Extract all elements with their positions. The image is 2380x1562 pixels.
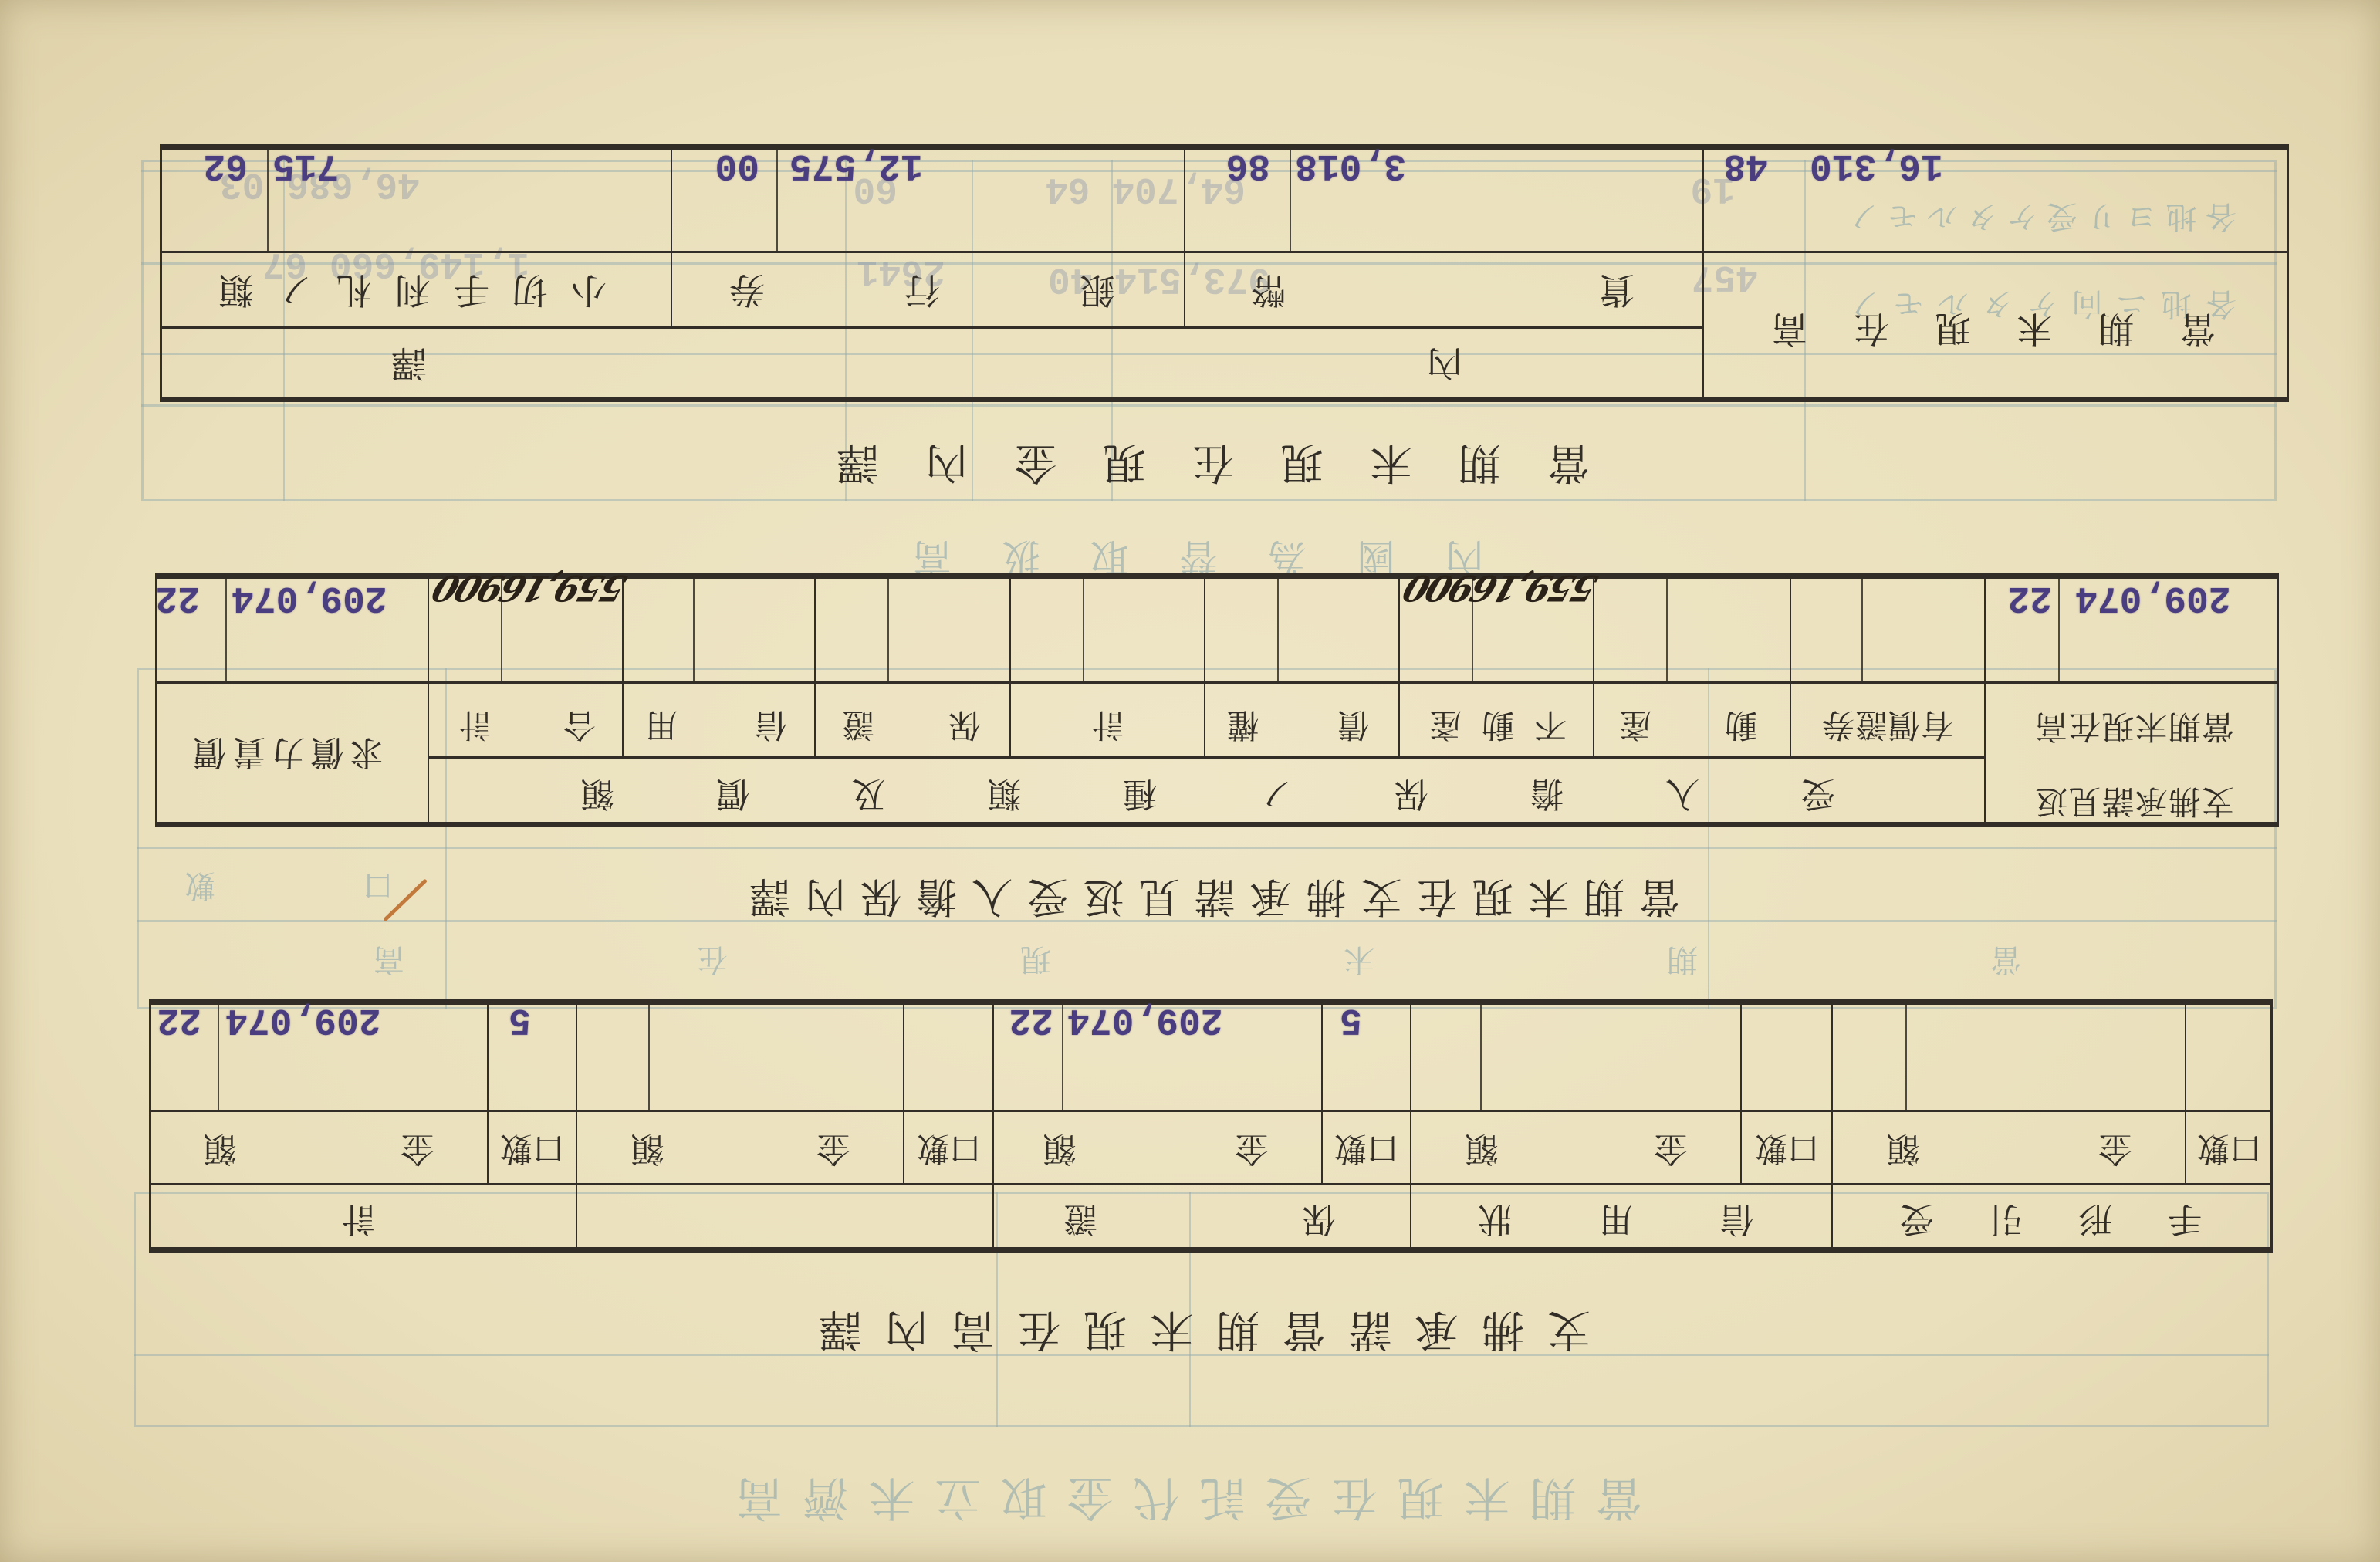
column-label-credit: 信用 [645, 708, 787, 741]
table-border-right [160, 144, 162, 402]
column-label-securities: 有價證券 [1822, 708, 1953, 741]
column-rule [1398, 573, 1400, 758]
row-rule [149, 1110, 2273, 1112]
column-label-banknotes: 銀行券 [729, 272, 1115, 308]
total-count: 5 [509, 1001, 552, 1038]
total-amount-sen: 22 [157, 1001, 201, 1038]
amount-header: 金額 [630, 1131, 850, 1165]
pencil-mark [383, 878, 428, 921]
row-rule [160, 251, 2289, 253]
column-rule [622, 573, 624, 758]
count-amount-rule [1321, 999, 1323, 1185]
recourse-value-yen: 209,074 [232, 579, 411, 616]
column-label-grand-total: 合計 [458, 708, 596, 741]
sen-rule [2058, 573, 2060, 683]
column-label-subtotal: 計 [1091, 708, 1124, 741]
column-rule [671, 144, 672, 328]
collateral-title: 當期末現在支拂承諾見返受入擔保內譯 [749, 876, 1680, 917]
sen-rule [225, 573, 227, 683]
sen-rule [693, 573, 695, 683]
row-rule [160, 326, 1703, 329]
period-end-balance-label: 當期末現在高 [2035, 710, 2234, 742]
sen-rule [887, 573, 889, 683]
amount-header: 金額 [1043, 1131, 1269, 1165]
column-rule [1593, 573, 1594, 758]
row-rule [428, 756, 1985, 759]
group-label-letter-of-credit: 信用狀 [1478, 1202, 1754, 1236]
sen-rule [1277, 573, 1279, 683]
count-header: 口數 [917, 1132, 982, 1165]
sen-rule [1666, 573, 1668, 683]
recourse-value-sen: 22 [155, 579, 200, 616]
column-rule [428, 573, 429, 827]
table-border-left [2287, 144, 2289, 402]
acceptances-title: 支拂承諾當期末現在高內譯 [819, 1307, 1591, 1351]
column-rule [1790, 573, 1791, 758]
column-label-guarantee: 保證 [842, 708, 981, 741]
column-rule [814, 573, 816, 758]
period-end-balance-label: 當期末現在高 [1772, 311, 2216, 347]
group-label-bill-acceptance: 手形引受 [1900, 1202, 2202, 1236]
banknotes-yen: 12,575 [789, 147, 977, 184]
group-rule [1410, 999, 1411, 1253]
table-border-right [149, 999, 151, 1253]
sen-rule [267, 144, 269, 252]
handwritten-grand-total-value: 559,16900 [430, 570, 630, 606]
group-label-guarantee: 保證 [1063, 1202, 1336, 1236]
count-header: 口數 [500, 1132, 565, 1165]
amount-header: 金額 [203, 1131, 434, 1165]
coins-sen: 86 [1225, 147, 1270, 184]
column-label-cheques-coupons: 小切手利札ノ類 [218, 272, 607, 308]
amount-header: 金額 [1886, 1131, 2132, 1165]
printed-form-layer: 支拂承諾當期末現在高內譯 手形引受 信用狀 保證 [0, 0, 2380, 1562]
sen-rule [776, 144, 778, 252]
sen-rule [1083, 573, 1084, 683]
balance-yen: 16,310 [1810, 147, 1980, 184]
group-label-total: 計 [341, 1202, 375, 1236]
row-rule [149, 1183, 2273, 1185]
balance-yen: 209,074 [2075, 579, 2248, 616]
guarantee-amount-sen: 22 [1009, 1001, 1053, 1038]
column-label-claims: 債權 [1227, 708, 1370, 741]
cheques-coupons-sen: 62 [203, 147, 248, 184]
group-rule [992, 999, 994, 1253]
cash-title: 當期末現在現金內譯 [837, 441, 1590, 484]
count-header: 口數 [1755, 1132, 1820, 1165]
column-rule [1204, 573, 1205, 758]
table-border-top [149, 1247, 2273, 1253]
sen-rule [1905, 999, 1907, 1111]
column-rule [1009, 573, 1011, 758]
count-amount-rule [1740, 999, 1742, 1185]
column-label-real-estate: 不動產 [1429, 708, 1567, 741]
column-label-movables: 動產 [1619, 708, 1757, 741]
balance-sen: 48 [1723, 147, 1768, 184]
row-rule [155, 681, 2279, 684]
count-amount-rule [903, 999, 904, 1185]
guarantee-amount-yen: 209,074 [1067, 1001, 1246, 1038]
total-amount-yen: 209,074 [225, 1001, 405, 1038]
column-label-coins: 貨幣 [1251, 272, 1635, 308]
sen-rule [1480, 999, 1482, 1111]
acceptances-table: 手形引受 信用狀 保證 計 口數 口數 口數 口數 口數 金額 金額 金額 金額… [149, 999, 2273, 1253]
coins-yen: 3,018 [1295, 147, 1440, 184]
collateral-table: 支拂承諾見返 當期末現在高 受入擔保ノ種類及價額 有價證券 動產 不動產 債權 … [155, 573, 2279, 827]
column-rule [1702, 144, 1704, 402]
count-header: 口數 [2197, 1132, 2262, 1165]
guarantee-count: 5 [1340, 1001, 1385, 1038]
acceptance-contra-header: 支拂承諾見返 [2035, 785, 2234, 817]
cheques-coupons-yen: 715 [272, 147, 398, 184]
column-rule [1184, 144, 1185, 328]
amount-header: 金額 [1465, 1131, 1688, 1165]
table-border-left [2270, 999, 2273, 1253]
handwritten-real-estate-value: 559,16900 [1401, 570, 1601, 606]
table-border-top [160, 397, 2289, 402]
sen-rule [218, 999, 219, 1111]
count-header: 口數 [1334, 1132, 1399, 1165]
column-label-recourse-value: 求償力責價 [193, 735, 384, 769]
scanned-ledger-sheet: 當期末現在受託代金取立未濟高 內國為替取扱高 當期末現在高 各地ヨリ受ケタルモノ… [0, 0, 2380, 1562]
collateral-group-header: 受入擔保ノ種類及價額 [580, 776, 1835, 810]
banknotes-sen: 00 [715, 147, 759, 184]
sen-rule [1062, 999, 1063, 1111]
balance-sen: 22 [2007, 579, 2052, 616]
table-border-top [155, 822, 2279, 827]
table-border-left [2277, 573, 2279, 827]
sen-rule [1861, 573, 1863, 683]
count-amount-rule [2185, 999, 2186, 1185]
cash-table: 當期末現在高 內譯 貨幣 銀行券 小切手利札ノ類 16,310 48 3,018… [160, 144, 2289, 402]
breakdown-header: 內譯 [391, 346, 1462, 381]
count-amount-rule [487, 999, 489, 1185]
sen-rule [1290, 144, 1291, 252]
group-rule [1831, 999, 1833, 1253]
group-rule [576, 999, 577, 1253]
sen-rule [648, 999, 650, 1111]
column-rule [1984, 573, 1986, 827]
